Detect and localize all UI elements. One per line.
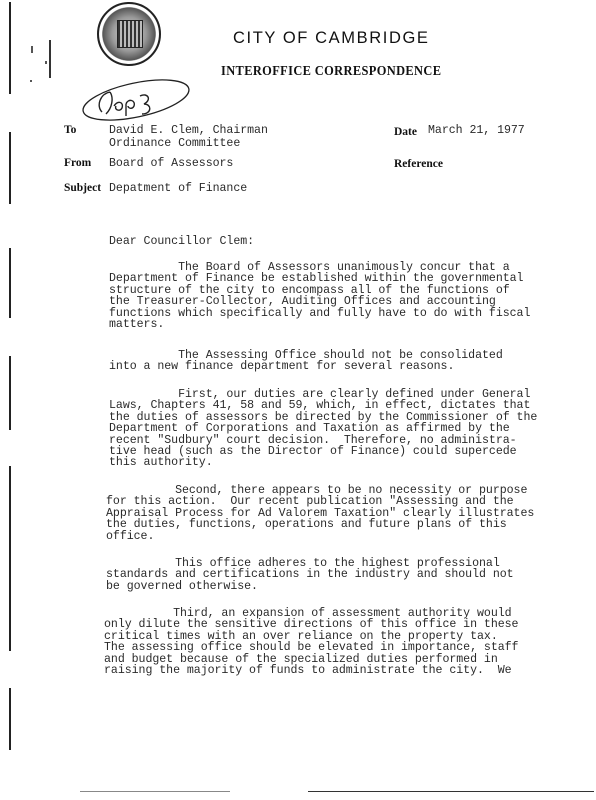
scan-edge-mark — [9, 356, 11, 430]
salutation: Dear Councillor Clem: — [109, 236, 254, 247]
to-label: To — [64, 124, 76, 136]
handwritten-annotation-icon — [78, 76, 198, 124]
scan-edge-mark — [9, 2, 11, 94]
from-label: From — [64, 157, 91, 169]
letterhead-title: CITY OF CAMBRIDGE — [233, 29, 430, 48]
date-label: Date — [394, 126, 417, 138]
scan-edge-mark — [9, 688, 11, 750]
scan-edge-mark — [9, 466, 11, 651]
subject-value: Depatment of Finance — [109, 183, 247, 194]
paragraph-4: Second, there appears to be no necessity… — [106, 485, 534, 542]
date-value: March 21, 1977 — [428, 125, 525, 136]
scan-edge-mark — [9, 132, 11, 204]
to-value-line1: David E. Clem, Chairman — [109, 125, 268, 136]
punch-mark — [30, 80, 32, 82]
paragraph-5: This office adheres to the highest profe… — [106, 558, 514, 592]
subject-label: Subject — [64, 182, 101, 194]
paragraph-6: Third, an expansion of assessment author… — [104, 608, 518, 676]
letterhead-subtitle: INTEROFFICE CORRESPONDENCE — [221, 63, 441, 79]
bracket-mark — [49, 40, 51, 78]
scan-rule — [308, 791, 594, 792]
paragraph-2: The Assessing Office should not be conso… — [109, 350, 503, 373]
punch-mark — [31, 46, 33, 53]
paragraph-3: First, our duties are clearly defined un… — [109, 389, 537, 469]
scan-edge-mark — [9, 248, 11, 318]
from-value: Board of Assessors — [109, 158, 233, 169]
reference-label: Reference — [394, 158, 443, 170]
paragraph-1: The Board of Assessors unanimously concu… — [109, 262, 530, 330]
city-seal-icon — [97, 2, 161, 66]
scan-rule — [80, 791, 230, 792]
to-value-line2: Ordinance Committee — [109, 138, 240, 149]
punch-mark — [45, 61, 47, 64]
